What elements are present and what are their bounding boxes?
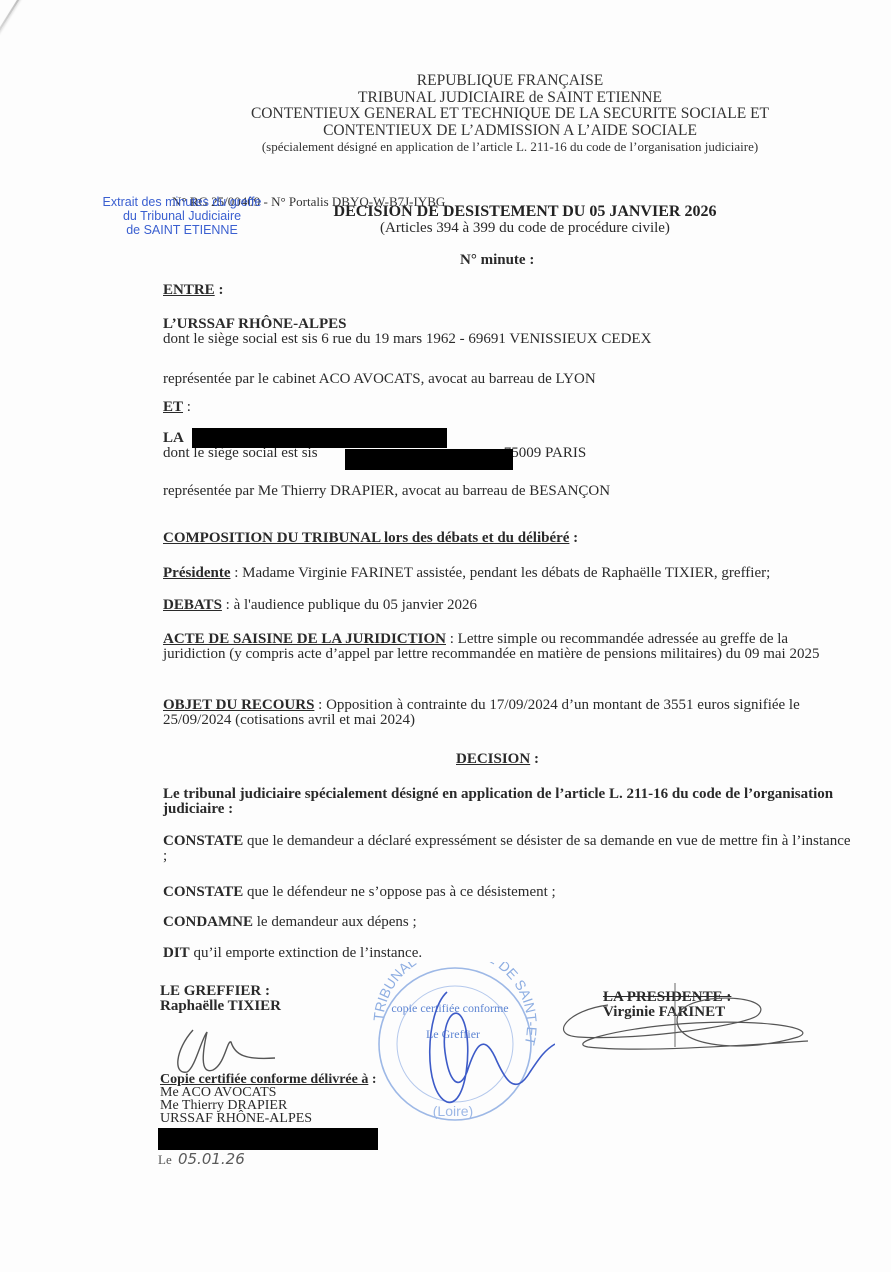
entre-label: ENTRE (163, 282, 215, 298)
decision-title-block: DECISION DE DESISTEMENT DU 05 JANVIER 20… (290, 203, 760, 236)
decision-title: DECISION DE DESISTEMENT DU 05 JANVIER 20… (290, 203, 760, 220)
decision-keyword: CONSTATE (163, 833, 243, 849)
seal-greffier-text: Le Greffier (426, 1027, 480, 1041)
copies-heading-suffix: : (368, 1072, 376, 1087)
greffier-signature (165, 1020, 285, 1080)
greffier-block: LE GREFFIER : Raphaëlle TIXIER (160, 984, 281, 1014)
header-designation: (spécialement désigné en application de … (150, 139, 870, 156)
presidente-text: : Madame Virginie FARINET assistée, pend… (230, 565, 770, 581)
objet-paragraph: OBJET DU RECOURS : Opposition à contrain… (163, 698, 853, 728)
redaction-defendant-name (192, 428, 447, 448)
saisine-label: ACTE DE SAISINE DE LA JURIDICTION (163, 631, 446, 647)
extract-stamp: Extrait des minutes du greffe du Tribuna… (62, 195, 302, 237)
decision-keyword: CONDAMNE (163, 914, 253, 930)
plaintiff-block: L’URSSAF RHÔNE-ALPES dont le siège socia… (163, 317, 853, 347)
header-republique: REPUBLIQUE FRANÇAISE (150, 73, 870, 90)
extract-stamp-line3: de SAINT ETIENNE (62, 223, 302, 237)
defendant-representation: représentée par Me Thierry DRAPIER, avoc… (163, 484, 853, 499)
entre-suffix: : (215, 282, 224, 298)
presidente-line: Présidente : Madame Virginie FARINET ass… (163, 566, 853, 581)
decision-item-constate-desistement: CONSTATE que le demandeur a déclaré expr… (163, 834, 853, 864)
header-tribunal: TRIBUNAL JUDICIAIRE de SAINT ETIENNE (150, 90, 870, 107)
composition-heading-suffix: : (569, 530, 578, 546)
decision-heading: DECISION : (456, 752, 656, 767)
et-suffix: : (183, 399, 191, 415)
plaintiff-address: dont le siège social est sis 6 rue du 19… (163, 332, 853, 347)
presidente-label: Présidente (163, 565, 230, 581)
saisine-paragraph: ACTE DE SAISINE DE LA JURIDICTION : Lett… (163, 632, 853, 662)
et-heading: ET : (163, 400, 853, 415)
extract-stamp-line2: du Tribunal Judiciaire (62, 209, 302, 223)
copies-date: Le 05.01.26 (158, 1150, 245, 1168)
plaintiff-representation: représentée par le cabinet ACO AVOCATS, … (163, 372, 853, 387)
copies-date-label: Le (158, 1152, 172, 1167)
objet-label: OBJET DU RECOURS (163, 697, 314, 713)
decision-text: qu’il emporte extinction de l’instance. (190, 945, 422, 961)
header-contentieux-aide: CONTENTIEUX DE L’ADMISSION A L’AIDE SOCI… (150, 123, 870, 140)
court-seal: TRIBUNAL JUDICIAIRE DE SAINT-ETIENNE (Lo… (355, 962, 555, 1122)
decision-text: le demandeur aux dépens ; (253, 914, 417, 930)
et-label: ET (163, 399, 183, 415)
header-contentieux-general: CONTENTIEUX GENERAL ET TECHNIQUE DE LA S… (150, 106, 870, 123)
decision-keyword: DIT (163, 945, 190, 961)
debats-line: DEBATS : à l'audience publique du 05 jan… (163, 598, 853, 613)
redaction-copy-recipient (158, 1128, 378, 1150)
copies-date-handwritten: 05.01.26 (178, 1150, 245, 1168)
greffier-title: LE GREFFIER : (160, 984, 281, 999)
seal-certified-text: copie certifiée conforme (391, 1001, 508, 1015)
decision-item-dit: DIT qu’il emporte extinction de l’instan… (163, 946, 853, 961)
extract-stamp-line1: Extrait des minutes du greffe (62, 195, 302, 209)
entre-heading: ENTRE : (163, 283, 853, 298)
composition-heading-label: COMPOSITION DU TRIBUNAL lors des débats … (163, 530, 569, 546)
copy-recipient: URSSAF RHÔNE-ALPES (160, 1112, 377, 1125)
decision-item-condamne: CONDAMNE le demandeur aux dépens ; (163, 915, 853, 930)
decision-keyword: CONSTATE (163, 884, 243, 900)
redaction-defendant-address (345, 449, 513, 470)
seal-bottom-text: (Loire) (433, 1103, 473, 1119)
decision-item-constate-opposition: CONSTATE que le défendeur ne s’oppose pa… (163, 885, 853, 900)
greffier-name: Raphaëlle TIXIER (160, 999, 281, 1014)
composition-heading: COMPOSITION DU TRIBUNAL lors des débats … (163, 531, 853, 546)
decision-heading-suffix: : (530, 751, 539, 767)
debats-text: : à l'audience publique du 05 janvier 20… (222, 597, 477, 613)
minute-number: N° minute : (460, 252, 534, 269)
plaintiff-name: L’URSSAF RHÔNE-ALPES (163, 317, 853, 332)
copies-block: Copie certifiée conforme délivrée à : Me… (160, 1073, 377, 1125)
decision-heading-label: DECISION (456, 751, 530, 767)
debats-label: DEBATS (163, 597, 222, 613)
presidente-signature (548, 975, 818, 1055)
court-header: REPUBLIQUE FRANÇAISE TRIBUNAL JUDICIAIRE… (150, 73, 870, 156)
decision-text: que le défendeur ne s’oppose pas à ce dé… (243, 884, 555, 900)
decision-subtitle: (Articles 394 à 399 du code de procédure… (290, 220, 760, 236)
decision-intro: Le tribunal judiciaire spécialement dési… (163, 787, 853, 817)
decision-text: que le demandeur a déclaré expressément … (163, 833, 851, 864)
paper-fold-crease (0, 0, 66, 62)
